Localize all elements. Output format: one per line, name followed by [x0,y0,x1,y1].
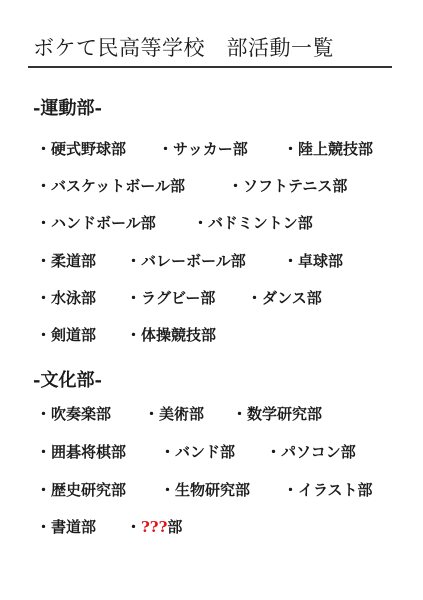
club-item: ・ラグビー部 [126,287,215,308]
club-item: ・バスケットボール部 [36,175,185,196]
club-item: ・柔道部 [36,250,96,271]
club-item: ・サッカー部 [158,138,248,159]
club-item: ・バドミントン部 [193,212,313,233]
section-title-sports: -運動部- [33,94,102,120]
page-title: ボケて民高等学校 部活動一覧 [33,32,334,62]
club-item: ・剣道部 [36,324,96,345]
club-item: ・生物研究部 [160,479,250,500]
club-item: ・ソフトテニス部 [228,175,347,196]
club-item: ・美術部 [144,403,204,424]
club-item: ・ダンス部 [247,287,322,308]
club-item: ・数学研究部 [232,403,322,424]
club-item: ・バンド部 [160,441,235,462]
club-item: ・囲碁将棋部 [36,441,126,462]
bullet: ・ [126,518,141,536]
section-title-culture: -文化部- [33,366,102,392]
club-item: ・イラスト部 [283,479,373,500]
club-item: ・パソコン部 [266,441,356,462]
club-item: ・陸上競技部 [283,138,373,159]
club-item: ・バレーボール部 [126,250,246,271]
title-underline [28,66,392,68]
club-item: ・硬式野球部 [36,138,126,159]
club-item: ・卓球部 [283,250,343,271]
mystery-club-item: ・???部 [126,516,182,537]
club-item: ・ハンドボール部 [36,212,156,233]
club-item: ・歴史研究部 [36,479,126,500]
question-marks: ??? [141,518,167,536]
club-item: ・書道部 [36,516,96,537]
club-item: ・体操競技部 [126,324,216,345]
club-suffix: 部 [167,518,182,536]
club-item: ・水泳部 [36,287,96,308]
club-item: ・吹奏楽部 [36,403,111,424]
